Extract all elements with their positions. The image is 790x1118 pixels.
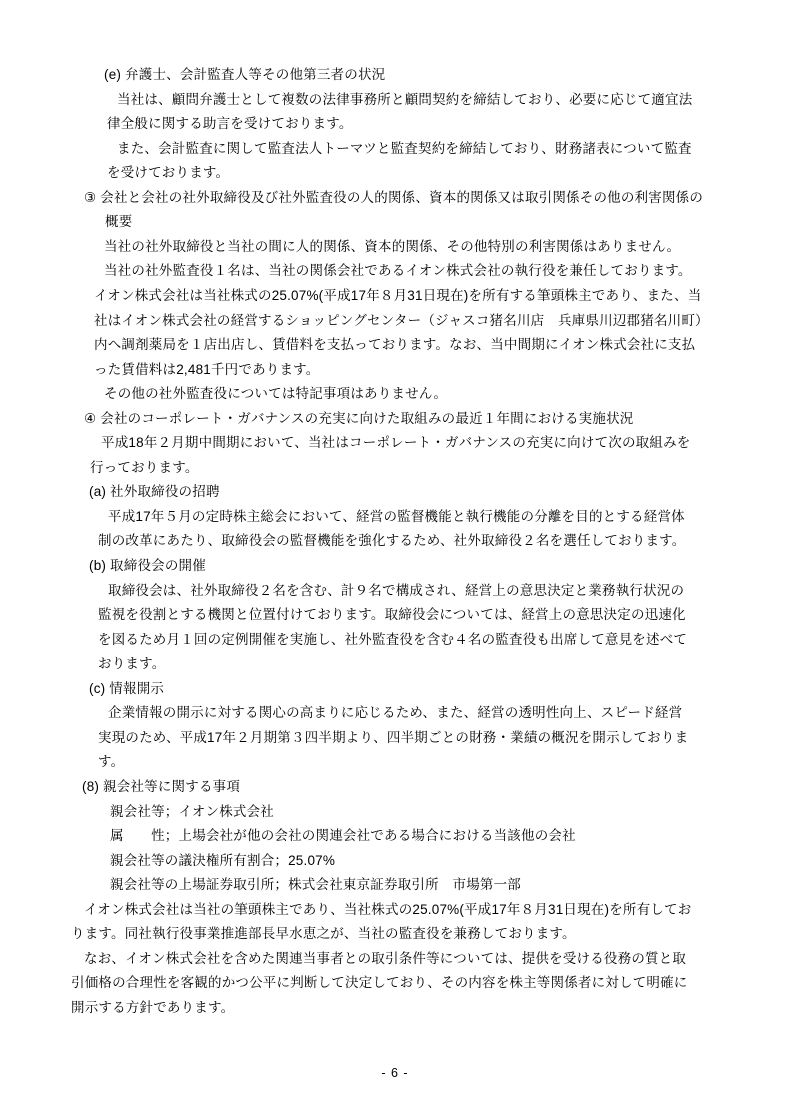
text-line: また、会計監査に関して監査法人トーマツと監査契約を締結しており、財務諸表について… [117,140,692,158]
text-line: ります。同社執行役事業推進部長早水恵之が、当社の監査役を兼務しております。 [71,925,576,943]
document-body: (e) 弁護士、会計監査人等その他第三者の状況当社は、顧問弁護士として複数の法律… [0,0,790,1118]
text-line: 実現のため、平成17年２月期第３四半期より、四半期ごとの財務・業績の概況を開示し… [98,729,688,747]
text-line: 社はイオン株式会社の経営するショッピングセンター（ジャスコ猪名川店 兵庫県川辺郡… [94,312,709,330]
text-line: ④ 会社のコーポレート・ガバナンスの充実に向けた取組みの最近１年間における実施状… [84,410,633,428]
text-line: (e) 弁護士、会計監査人等その他第三者の状況 [104,66,385,84]
text-line: 当社は、顧問弁護士として複数の法律事務所と顧問契約を締結しており、必要に応じて適… [117,91,692,109]
text-line: 当社の社外監査役１名は、当社の関係会社であるイオン株式会社の執行役を兼任しており… [104,262,692,280]
text-line: (c) 情報開示 [89,680,164,698]
text-line: す。 [98,753,124,771]
text-line: 行っております。 [90,459,199,477]
text-line: 企業情報の開示に対する関心の高まりに応じるため、また、経営の透明性向上、スピード… [108,704,682,722]
text-line: 監視を役割とする機関と位置付けております。取締役会については、経営上の意思決定の… [98,606,686,624]
text-line: 当社の社外取締役と当社の間に人的関係、資本的関係、その他特別の利害関係はありませ… [104,238,680,256]
text-line: (8) 親会社等に関する事項 [82,778,240,796]
text-line: 平成18年２月期中間期において、当社はコーポレート・ガバナンスの充実に向けて次の… [101,434,690,452]
text-line: 平成17年５月の定時株主総会において、経営の監督機能と執行機能の分離を目的とする… [108,508,685,526]
text-line: を図るため月１回の定例開催を実施し、社外監査役を含む４名の監査役も出席して意見を… [98,631,687,649]
page-number: - 6 - [0,1066,790,1080]
text-line: おります。 [98,655,165,673]
text-line: 親会社等の上場証券取引所；株式会社東京証券取引所 市場第一部 [110,876,521,894]
text-line: なお、イオン株式会社を含めた関連当事者との取引条件等については、提供を受ける役務… [84,950,686,968]
text-line: 開示する方針であります。 [71,999,234,1017]
text-line: 概要 [105,213,132,231]
text-line: 取締役会は、社外取締役２名を含む、計９名で構成され、経営上の意思決定と業務執行状… [108,582,684,600]
document-page: (e) 弁護士、会計監査人等その他第三者の状況当社は、顧問弁護士として複数の法律… [0,0,790,1118]
text-line: 制の改革にあたり、取締役会の監督機能を強化するため、社外取締役２名を選任しており… [98,532,685,550]
text-line: 親会社等の議決権所有割合；25.07% [110,852,335,870]
text-line: (b) 取締役会の開催 [89,557,206,575]
text-line: ③ 会社と会社の社外取締役及び社外監査役の人的関係、資本的関係又は取引関係その他… [84,189,703,207]
text-line: 内へ調剤薬局を１店出店し、賃借料を支払っております。なお、当中間期にイオン株式会… [94,336,695,354]
text-line: イオン株式会社は当社株式の25.07%(平成17年８月31日現在)を所有する筆頭… [94,287,701,305]
text-line: った賃借料は2,481千円であります。 [94,361,320,379]
text-line: 親会社等；イオン株式会社 [110,803,274,821]
text-line: を受けております。 [107,164,229,182]
text-line: 引価格の合理性を客観的かつ公平に判断して決定しており、その内容を株主等関係者に対… [71,974,688,992]
text-line: (a) 社外取締役の招聘 [89,483,220,501]
text-line: 属 性；上場会社が他の会社の関連会社である場合における当該他の会社 [110,827,576,845]
text-line: 律全般に関する助言を受けております。 [107,115,353,133]
text-line: イオン株式会社は当社の筆頭株主であり、当社株式の25.07%(平成17年８月31… [84,901,691,919]
text-line: その他の社外監査役については特記事項はありません。 [104,385,447,403]
